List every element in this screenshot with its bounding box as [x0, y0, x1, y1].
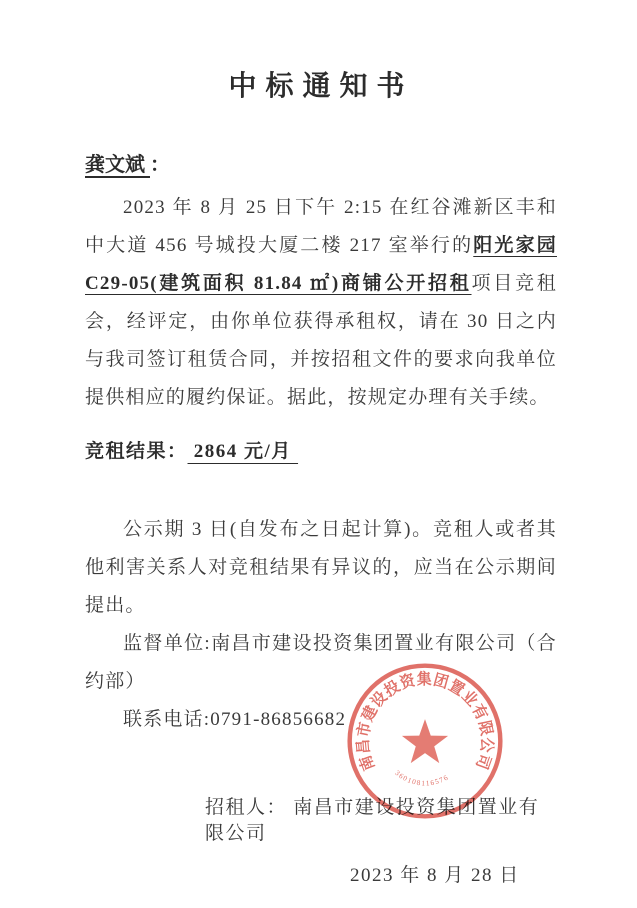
page-title: 中标通知书	[85, 64, 557, 104]
document-content: 中标通知书 龚文斌 ： 2023 年 8 月 25 日下午 2:15 在红谷滩新…	[0, 64, 637, 889]
addressee-line: 龚文斌 ：	[85, 148, 557, 177]
body-paragraph: 2023 年 8 月 25 日下午 2:15 在红谷滩新区丰和中大道 456 号…	[85, 189, 557, 417]
issuer-label: 招租人：	[205, 797, 293, 818]
bid-result-line: 竞租结果： 2864 元/月	[85, 439, 557, 465]
document-page: 中标通知书 龚文斌 ： 2023 年 8 月 25 日下午 2:15 在红谷滩新…	[0, 0, 637, 908]
phone-line: 联系电话:0791-86856682	[85, 701, 557, 739]
issuer-line: 招租人： 南昌市建设投资集团置业有限公司	[85, 795, 557, 847]
public-notice-paragraph: 公示期 3 日(自发布之日起计算)。竞租人或者其他利害关系人对竞租结果有异议的，…	[85, 511, 557, 625]
addressee-colon: ：	[150, 154, 170, 176]
date-line: 2023 年 8 月 28 日	[85, 863, 557, 889]
bid-result-value: 2864 元/月	[188, 441, 299, 462]
addressee-name: 龚文斌	[85, 154, 150, 176]
bid-result-label: 竞租结果：	[85, 441, 188, 462]
supervisor-line: 监督单位:南昌市建设投资集团置业有限公司（合约部）	[85, 625, 557, 701]
